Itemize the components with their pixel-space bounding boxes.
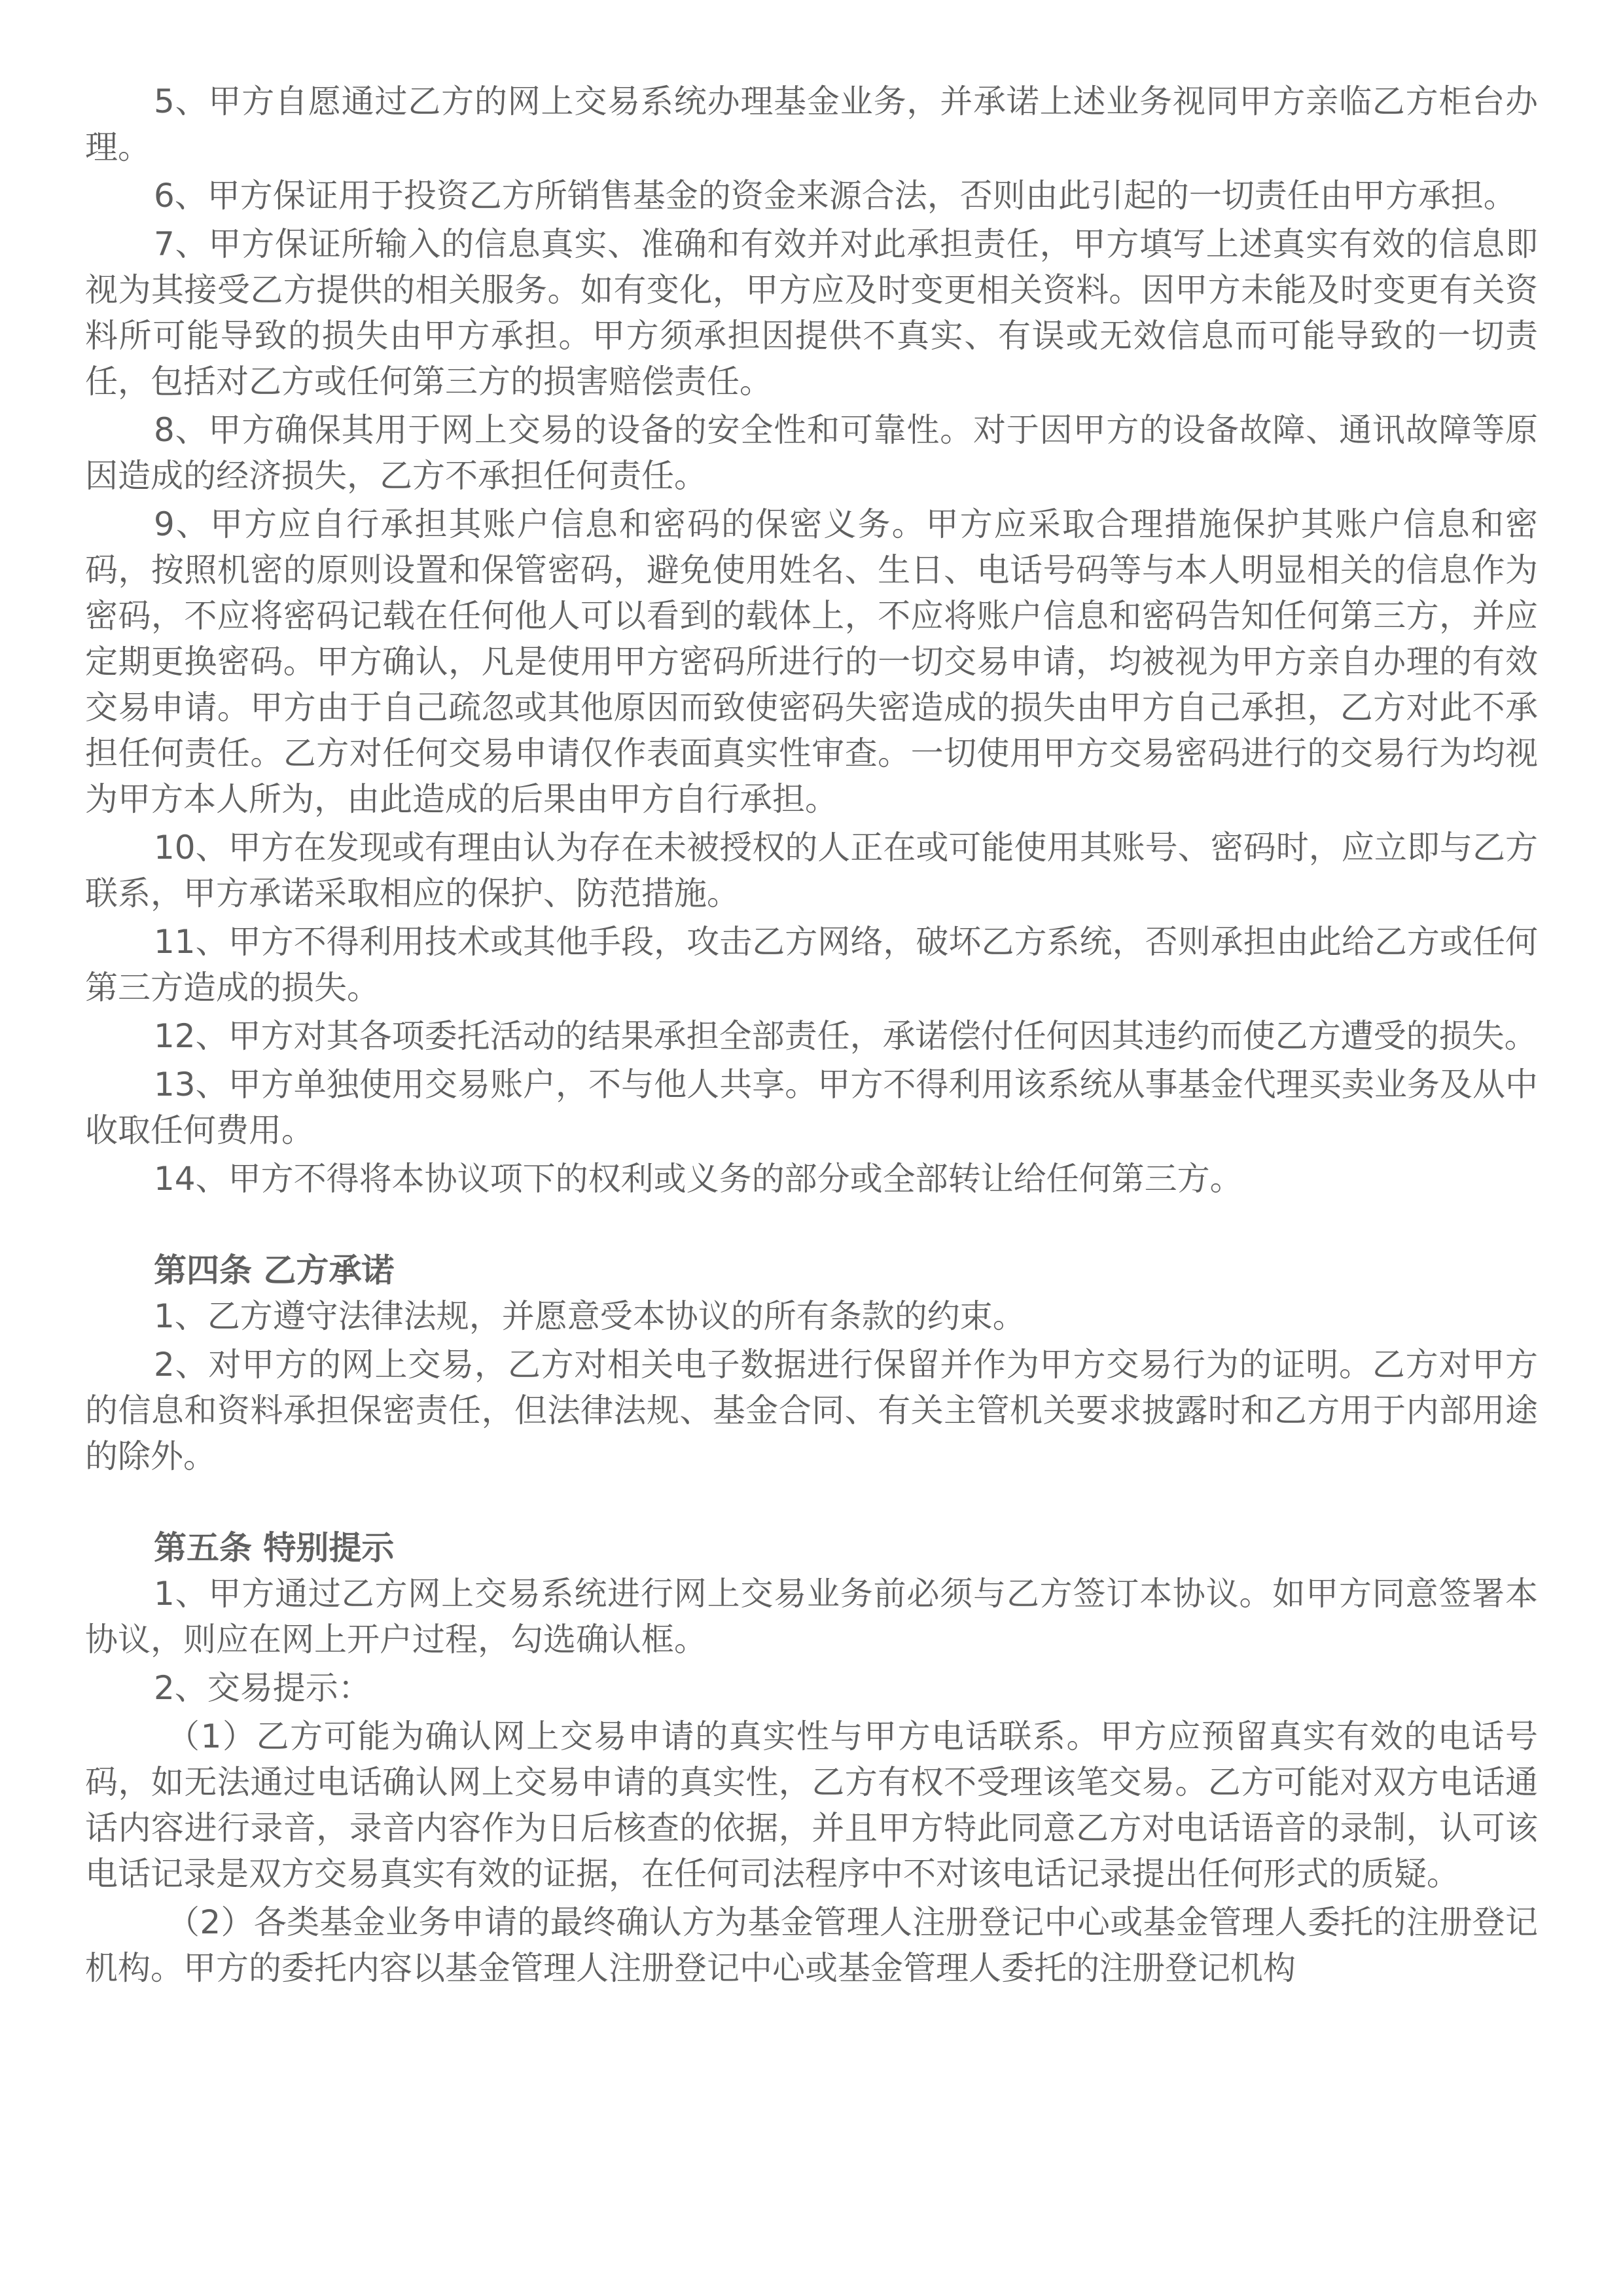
article5-item-1: 1、甲方通过乙方网上交易系统进行网上交易业务前必须与乙方签订本协议。如甲方同意签… xyxy=(85,1571,1538,1662)
clause-item-9: 9、甲方应自行承担其账户信息和密码的保密义务。甲方应采取合理措施保护其账户信息和… xyxy=(85,501,1538,822)
clause-item-6: 6、甲方保证用于投资乙方所销售基金的资金来源合法，否则由此引起的一切责任由甲方承… xyxy=(85,173,1538,219)
article4-item-1: 1、乙方遵守法律法规，并愿意受本协议的所有条款的约束。 xyxy=(85,1293,1538,1339)
clause-item-13: 13、甲方单独使用交易账户，不与他人共享。甲方不得利用该系统从事基金代理买卖业务… xyxy=(85,1062,1538,1153)
article5-item-2: 2、交易提示： xyxy=(85,1665,1538,1711)
article5-subitem-1: （1）乙方可能为确认网上交易申请的真实性与甲方电话联系。甲方应预留真实有效的电话… xyxy=(85,1713,1538,1897)
clause-item-14: 14、甲方不得将本协议项下的权利或义务的部分或全部转让给任何第三方。 xyxy=(85,1156,1538,1202)
clause-item-12: 12、甲方对其各项委托活动的结果承担全部责任，承诺偿付任何因其违约而使乙方遭受的… xyxy=(85,1013,1538,1059)
clause-item-10: 10、甲方在发现或有理由认为存在未被授权的人正在或可能使用其账号、密码时，应立即… xyxy=(85,825,1538,916)
clause-item-11: 11、甲方不得利用技术或其他手段，攻击乙方网络，破坏乙方系统，否则承担由此给乙方… xyxy=(85,919,1538,1011)
article5-subitem-2: （2）各类基金业务申请的最终确认方为基金管理人注册登记中心或基金管理人委托的注册… xyxy=(85,1899,1538,1991)
clause-item-7: 7、甲方保证所输入的信息真实、准确和有效并对此承担责任，甲方填写上述真实有效的信… xyxy=(85,221,1538,404)
section-heading-article-5: 第五条 特别提示 xyxy=(85,1525,1538,1571)
clause-item-8: 8、甲方确保其用于网上交易的设备的安全性和可靠性。对于因甲方的设备故障、通讯故障… xyxy=(85,407,1538,499)
clause-item-5: 5、甲方自愿通过乙方的网上交易系统办理基金业务，并承诺上述业务视同甲方亲临乙方柜… xyxy=(85,79,1538,170)
section-heading-article-4: 第四条 乙方承诺 xyxy=(85,1247,1538,1293)
document-page: 5、甲方自愿通过乙方的网上交易系统办理基金业务，并承诺上述业务视同甲方亲临乙方柜… xyxy=(85,79,1538,1994)
article4-item-2: 2、对甲方的网上交易，乙方对相关电子数据进行保留并作为甲方交易行为的证明。乙方对… xyxy=(85,1342,1538,1479)
